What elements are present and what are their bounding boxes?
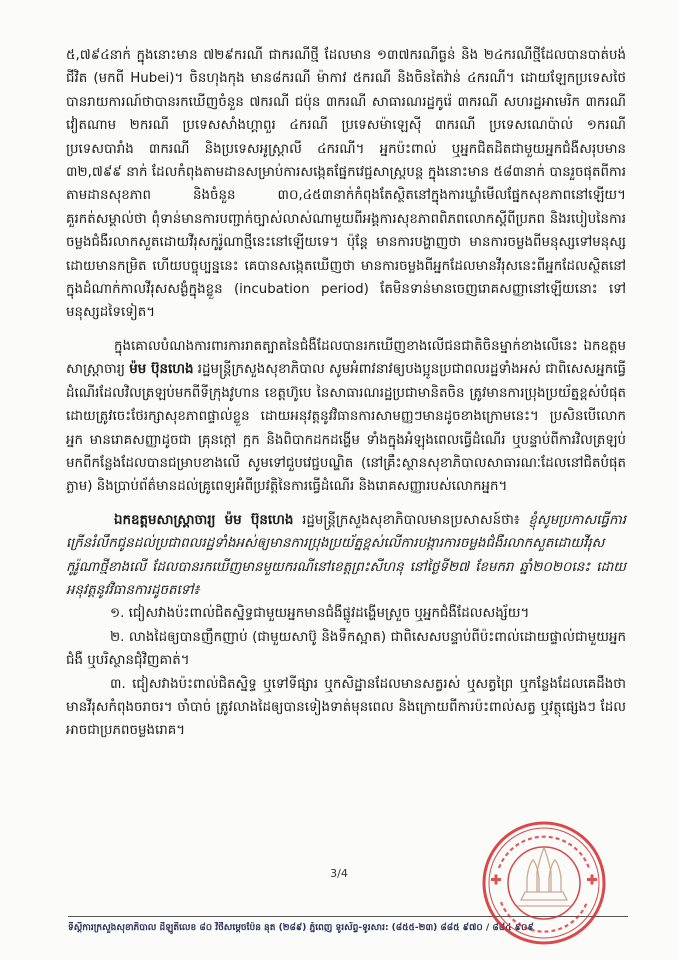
- list-item: ១. ជៀសវាងប៉ះពាល់ជិតស្និទ្ធជាមួយអ្នកមានជំ…: [66, 602, 626, 625]
- minister-name: ម៉ម ប៊ុនហេង: [129, 362, 193, 377]
- quote-lead: រដ្ឋមន្ត្រីក្រសួងសុខាភិបាលមានប្រសាសន៍ថា៖: [293, 513, 528, 528]
- paragraph-statistics: ៥,៧៩៤នាក់ ក្នុងនោះមាន ៧២៩ករណី ជាករណីថ្មី…: [66, 44, 626, 325]
- measures-list: ១. ជៀសវាងប៉ះពាល់ជិតស្និទ្ធជាមួយអ្នកមានជំ…: [66, 602, 626, 742]
- minister-title: ឯកឧត្តមសាស្ត្រាចារ្យ ម៉ម ប៊ុនហេង: [114, 513, 293, 528]
- list-item: ២. លាងដៃឲ្យបានញឹកញាប់ (ជាមួយសាប៊ូ និងទឹក…: [66, 626, 626, 673]
- list-item: ៣. ជៀសវាងប៉ះពាល់ជិតស្និទ្ធ ឬទៅទីផ្សារ ឬក…: [66, 673, 626, 743]
- document-body: ៥,៧៩៤នាក់ ក្នុងនោះមាន ៧២៩ករណី ជាករណីថ្មី…: [66, 44, 626, 743]
- document-page: ៥,៧៩៤នាក់ ក្នុងនោះមាន ៧២៩ករណី ជាករណីថ្មី…: [0, 0, 678, 960]
- paragraph-appeal: ក្នុងគោលបំណងការពារការរាតត្បាតនៃជំងឺដែលបា…: [66, 335, 626, 499]
- official-seal-icon: [481, 820, 607, 946]
- paragraph-minister-quote: ឯកឧត្តមសាស្ត្រាចារ្យ ម៉ម ប៊ុនហេង រដ្ឋមន្…: [66, 509, 626, 603]
- appeal-body: រដ្ឋមន្ត្រីក្រសួងសុខាភិបាល សូមអំពាវនាវឲ្…: [66, 362, 626, 494]
